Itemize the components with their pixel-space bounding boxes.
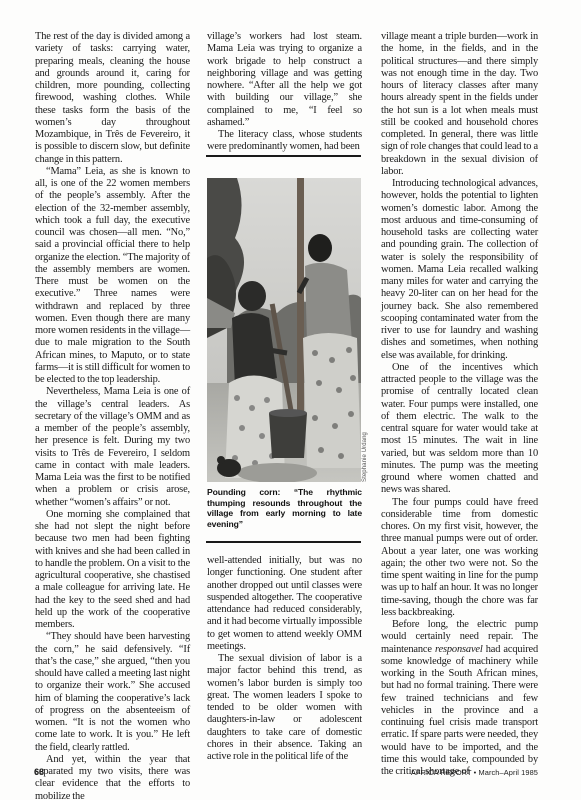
paragraph: “They should have been harvesting the co…	[35, 631, 190, 754]
paragraph: Before long, the electric pump would cer…	[381, 619, 538, 778]
photo-caption: Pounding corn: “The rhythmic thumping re…	[207, 487, 362, 529]
paragraph: The four pumps could have freed consider…	[381, 497, 538, 620]
italic-term: responsavel	[435, 644, 483, 655]
publication-footer: AFRICA REPORT • March–April 1985	[411, 768, 538, 777]
article-column-2-top: village’s workers had lost steam. Mama L…	[207, 31, 362, 154]
photo-illustration	[207, 178, 361, 482]
magazine-page: The rest of the day is divided among a v…	[0, 0, 581, 800]
paragraph: The rest of the day is divided among a v…	[35, 31, 190, 166]
photo-bottom-rule	[206, 541, 361, 543]
paragraph: And yet, within the year that separated …	[35, 754, 190, 800]
paragraph: Nevertheless, Mama Leia is one of the vi…	[35, 386, 190, 509]
page-number: 68	[34, 767, 44, 777]
paragraph: One morning she complained that she had …	[35, 509, 190, 632]
paragraph: Introducing technological advances, howe…	[381, 178, 538, 362]
text-run: had acquired some knowledge of machinery…	[381, 644, 538, 778]
paragraph: One of the incentives which attracted pe…	[381, 362, 538, 497]
paragraph: The literacy class, whose students were …	[207, 129, 362, 154]
article-column-2-bottom: well-attended initially, but was no long…	[207, 555, 362, 763]
article-column-3: village meant a triple burden—work in th…	[381, 31, 538, 778]
article-column-1: The rest of the day is divided among a v…	[35, 31, 190, 800]
photo-top-rule	[206, 155, 361, 157]
photo-pounding-corn	[207, 178, 361, 482]
paragraph: The sexual division of labor is a major …	[207, 653, 362, 763]
paragraph: “Mama” Leia, as she is known to all, is …	[35, 166, 190, 387]
paragraph: well-attended initially, but was no long…	[207, 555, 362, 653]
photo-credit: Stephanie Urdang	[362, 432, 368, 482]
paragraph: village’s workers had lost steam. Mama L…	[207, 31, 362, 129]
paragraph: village meant a triple burden—work in th…	[381, 31, 538, 178]
